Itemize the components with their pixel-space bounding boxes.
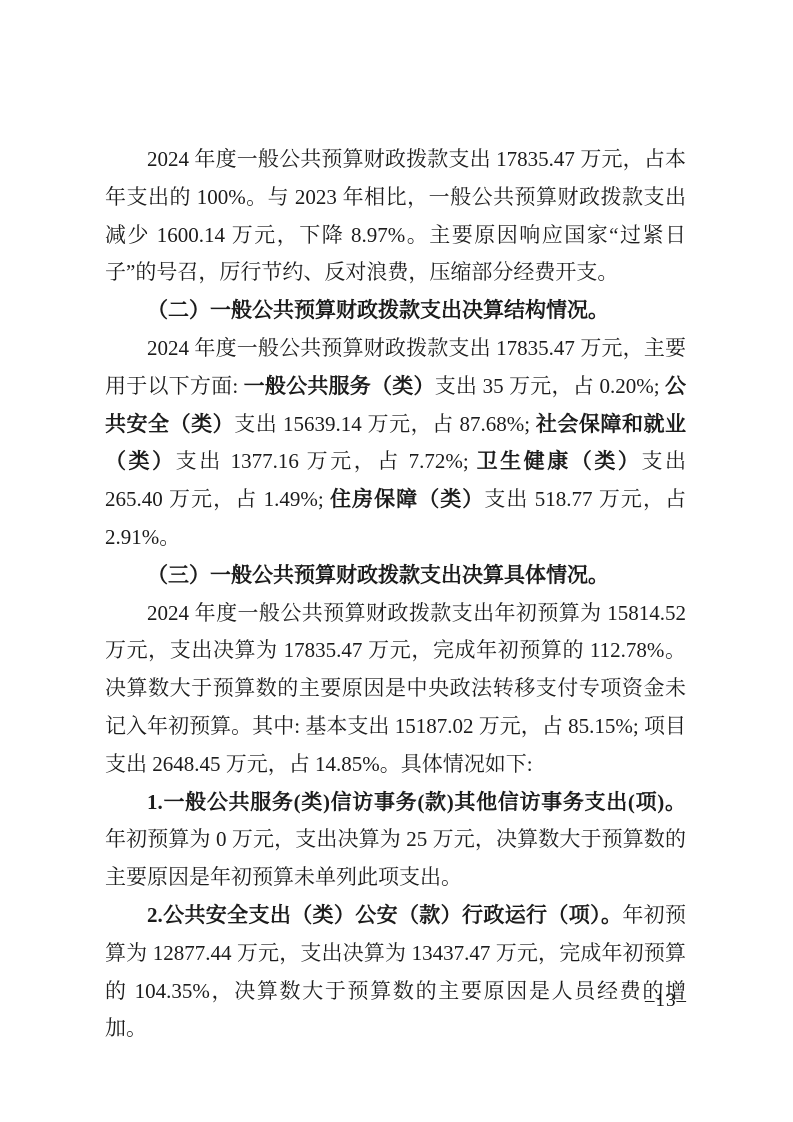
section-3-heading: （三）一般公共预算财政拨款支出决算具体情况。 <box>105 557 686 595</box>
structure-paragraph: 2024 年度一般公共预算财政拨款支出 17835.47 万元，主要用于以下方面… <box>105 330 686 557</box>
detail-overview-paragraph: 2024 年度一般公共预算财政拨款支出年初预算为 15814.52 万元，支出决… <box>105 595 686 784</box>
body-text: 支出 35 万元，占 0.20%; <box>435 374 665 398</box>
item-heading: 2.公共安全支出（类）公安（款）行政运行（项）。 <box>147 903 622 927</box>
category-name: 住房保障（类） <box>330 487 484 511</box>
body-text: 支出 15639.14 万元，占 87.68%; <box>234 412 536 436</box>
page-number: –13– <box>645 989 687 1013</box>
body-text: 年初预算为 0 万元，支出决算为 25 万元，决算数大于预算数的主要原因是年初预… <box>105 827 686 889</box>
body-text: 支出 1377.16 万元，占 7.72%; <box>176 449 477 473</box>
heading-text: （三）一般公共预算财政拨款支出决算具体情况。 <box>147 563 609 587</box>
body-text: 2024 年度一般公共预算财政拨款支出 17835.47 万元，占本年支出的 1… <box>105 147 686 284</box>
category-name: 一般公共服务（类） <box>244 374 435 398</box>
item-1-paragraph: 1.一般公共服务(类)信访事务(款)其他信访事务支出(项)。年初预算为 0 万元… <box>105 784 686 897</box>
heading-text: （二）一般公共预算财政拨款支出决算结构情况。 <box>147 298 609 322</box>
item-heading: 1.一般公共服务(类)信访事务(款)其他信访事务支出(项)。 <box>147 790 686 814</box>
body-text: 2024 年度一般公共预算财政拨款支出年初预算为 15814.52 万元，支出决… <box>105 601 686 776</box>
overview-paragraph: 2024 年度一般公共预算财政拨款支出 17835.47 万元，占本年支出的 1… <box>105 141 686 292</box>
item-2-paragraph: 2.公共安全支出（类）公安（款）行政运行（项）。年初预算为 12877.44 万… <box>105 897 686 1048</box>
category-name: 卫生健康（类） <box>477 449 642 473</box>
section-2-heading: （二）一般公共预算财政拨款支出决算结构情况。 <box>105 292 686 330</box>
document-body: 2024 年度一般公共预算财政拨款支出 17835.47 万元，占本年支出的 1… <box>105 141 686 1048</box>
